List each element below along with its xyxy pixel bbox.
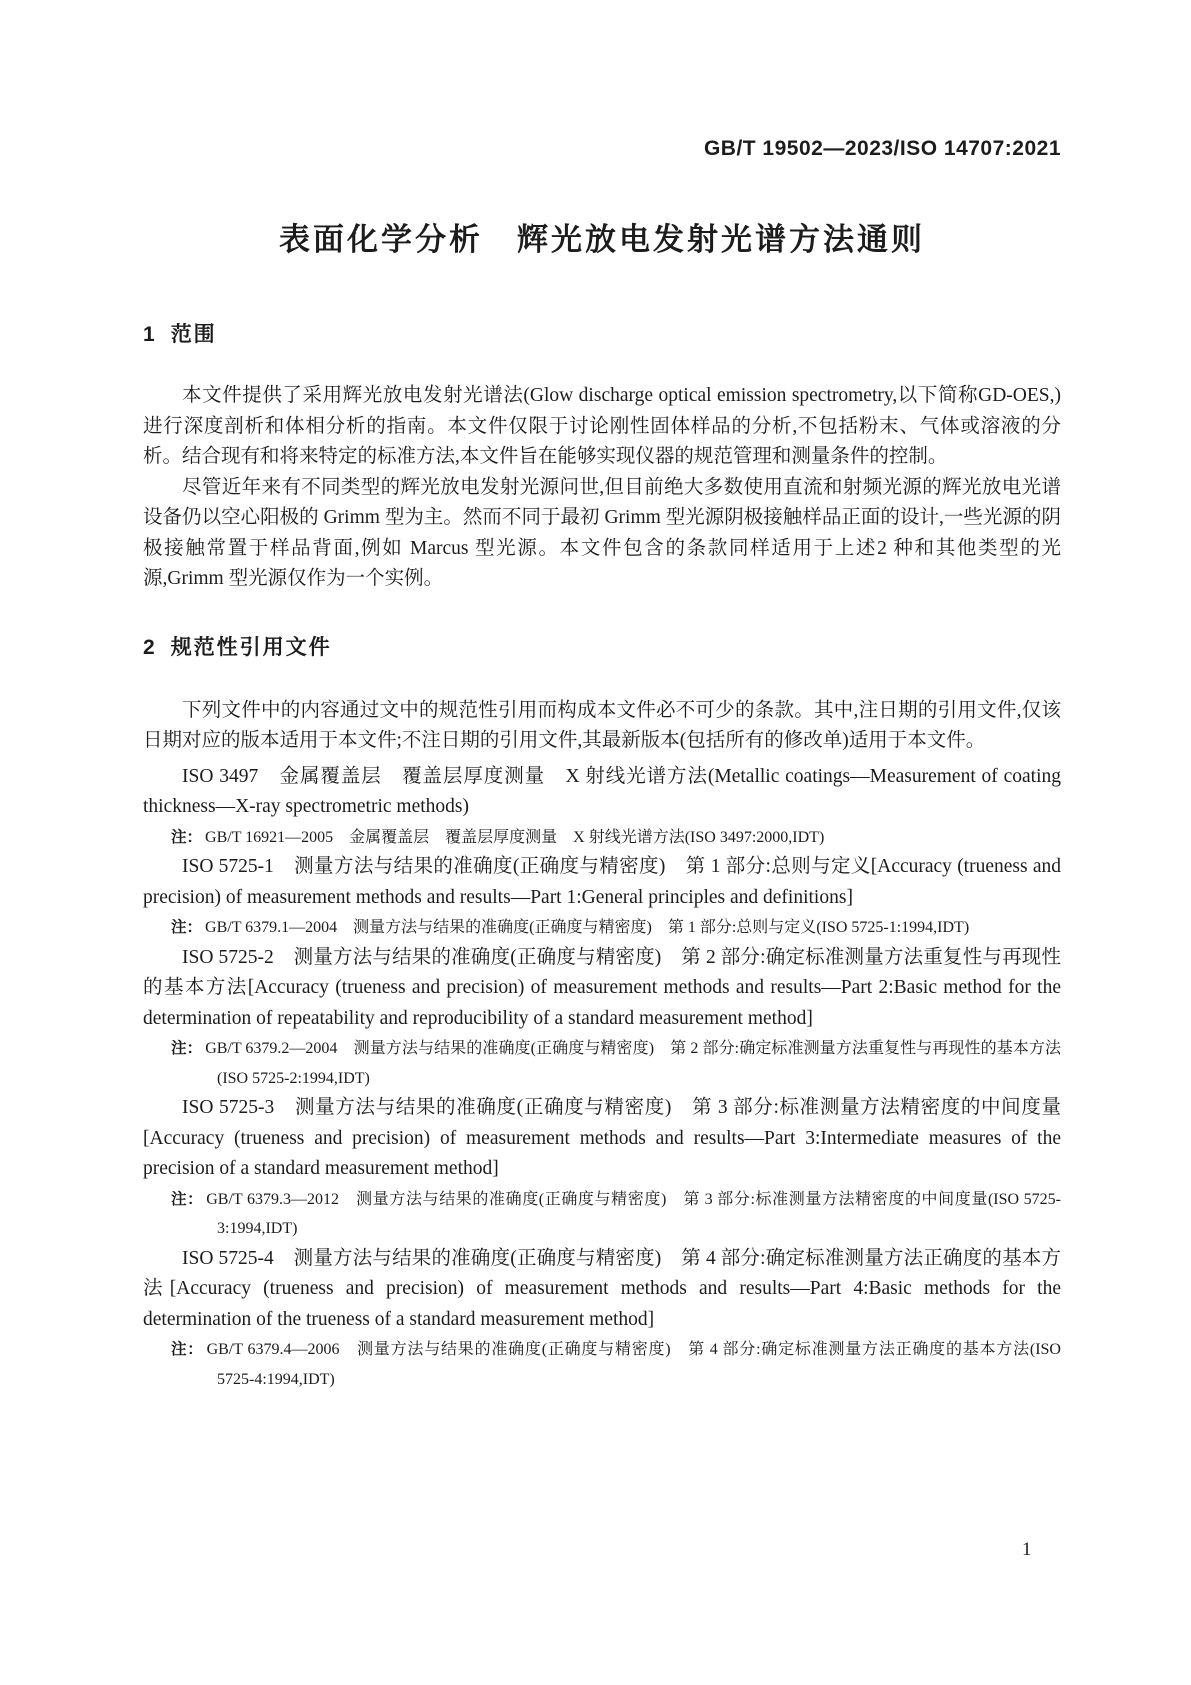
- section-1-title: 范围: [171, 323, 217, 346]
- note-label: 注：: [171, 1191, 203, 1208]
- note-text: GB/T 6379.3—2012 测量方法与结果的准确度(正确度与精密度) 第 …: [206, 1191, 1061, 1238]
- reference-note-iso-5725-4: 注：GB/T 6379.4—2006 测量方法与结果的准确度(正确度与精密度) …: [143, 1335, 1061, 1394]
- note-label: 注：: [171, 829, 202, 846]
- reference-note-iso-3497: 注：GB/T 16921—2005 金属覆盖层 覆盖层厚度测量 X 射线光谱方法…: [143, 823, 1061, 853]
- scope-paragraph-1: 本文件提供了采用辉光放电发射光谱法(Glow discharge optical…: [143, 381, 1061, 473]
- note-text: GB/T 6379.4—2006 测量方法与结果的准确度(正确度与精密度) 第 …: [207, 1341, 1061, 1388]
- note-label: 注：: [171, 1341, 204, 1358]
- normative-references-intro: 下列文件中的内容通过文中的规范性引用而构成本文件必不可少的条款。其中,注日期的引…: [143, 696, 1061, 757]
- note-label: 注：: [171, 1040, 202, 1057]
- note-text: GB/T 6379.1—2004 测量方法与结果的准确度(正确度与精密度) 第 …: [205, 919, 969, 936]
- reference-entry-iso-5725-4: ISO 5725-4 测量方法与结果的准确度(正确度与精密度) 第 4 部分:确…: [143, 1244, 1061, 1336]
- section-2-number: 2: [143, 635, 155, 661]
- reference-entry-iso-5725-3: ISO 5725-3 测量方法与结果的准确度(正确度与精密度) 第 3 部分:标…: [143, 1093, 1061, 1185]
- document-page: GB/T 19502—2023/ISO 14707:2021 表面化学分析 辉光…: [0, 0, 1191, 1685]
- standard-code: GB/T 19502—2023/ISO 14707:2021: [143, 136, 1061, 162]
- section-1-heading: 1范围: [143, 322, 1061, 348]
- reference-entry-iso-3497: ISO 3497 金属覆盖层 覆盖层厚度测量 X 射线光谱方法(Metallic…: [143, 762, 1061, 823]
- section-2-title: 规范性引用文件: [171, 636, 332, 659]
- page-content: GB/T 19502—2023/ISO 14707:2021 表面化学分析 辉光…: [143, 0, 1061, 1394]
- reference-entry-iso-5725-2: ISO 5725-2 测量方法与结果的准确度(正确度与精密度) 第 2 部分:确…: [143, 943, 1061, 1035]
- reference-note-iso-5725-1: 注：GB/T 6379.1—2004 测量方法与结果的准确度(正确度与精密度) …: [143, 913, 1061, 943]
- reference-note-iso-5725-2: 注：GB/T 6379.2—2004 测量方法与结果的准确度(正确度与精密度) …: [143, 1034, 1061, 1093]
- section-2-heading: 2规范性引用文件: [143, 635, 1061, 661]
- note-text: GB/T 16921—2005 金属覆盖层 覆盖层厚度测量 X 射线光谱方法(I…: [205, 829, 824, 846]
- document-title: 表面化学分析 辉光放电发射光谱方法通则: [143, 220, 1061, 260]
- reference-list: ISO 3497 金属覆盖层 覆盖层厚度测量 X 射线光谱方法(Metallic…: [143, 762, 1061, 1395]
- section-1-number: 1: [143, 322, 155, 348]
- reference-note-iso-5725-3: 注：GB/T 6379.3—2012 测量方法与结果的准确度(正确度与精密度) …: [143, 1185, 1061, 1244]
- note-label: 注：: [171, 919, 202, 936]
- scope-paragraph-2: 尽管近年来有不同类型的辉光放电发射光源问世,但目前绝大多数使用直流和射频光源的辉…: [143, 473, 1061, 595]
- page-number: 1: [1022, 1538, 1032, 1562]
- note-text: GB/T 6379.2—2004 测量方法与结果的准确度(正确度与精密度) 第 …: [205, 1040, 1061, 1087]
- reference-entry-iso-5725-1: ISO 5725-1 测量方法与结果的准确度(正确度与精密度) 第 1 部分:总…: [143, 852, 1061, 913]
